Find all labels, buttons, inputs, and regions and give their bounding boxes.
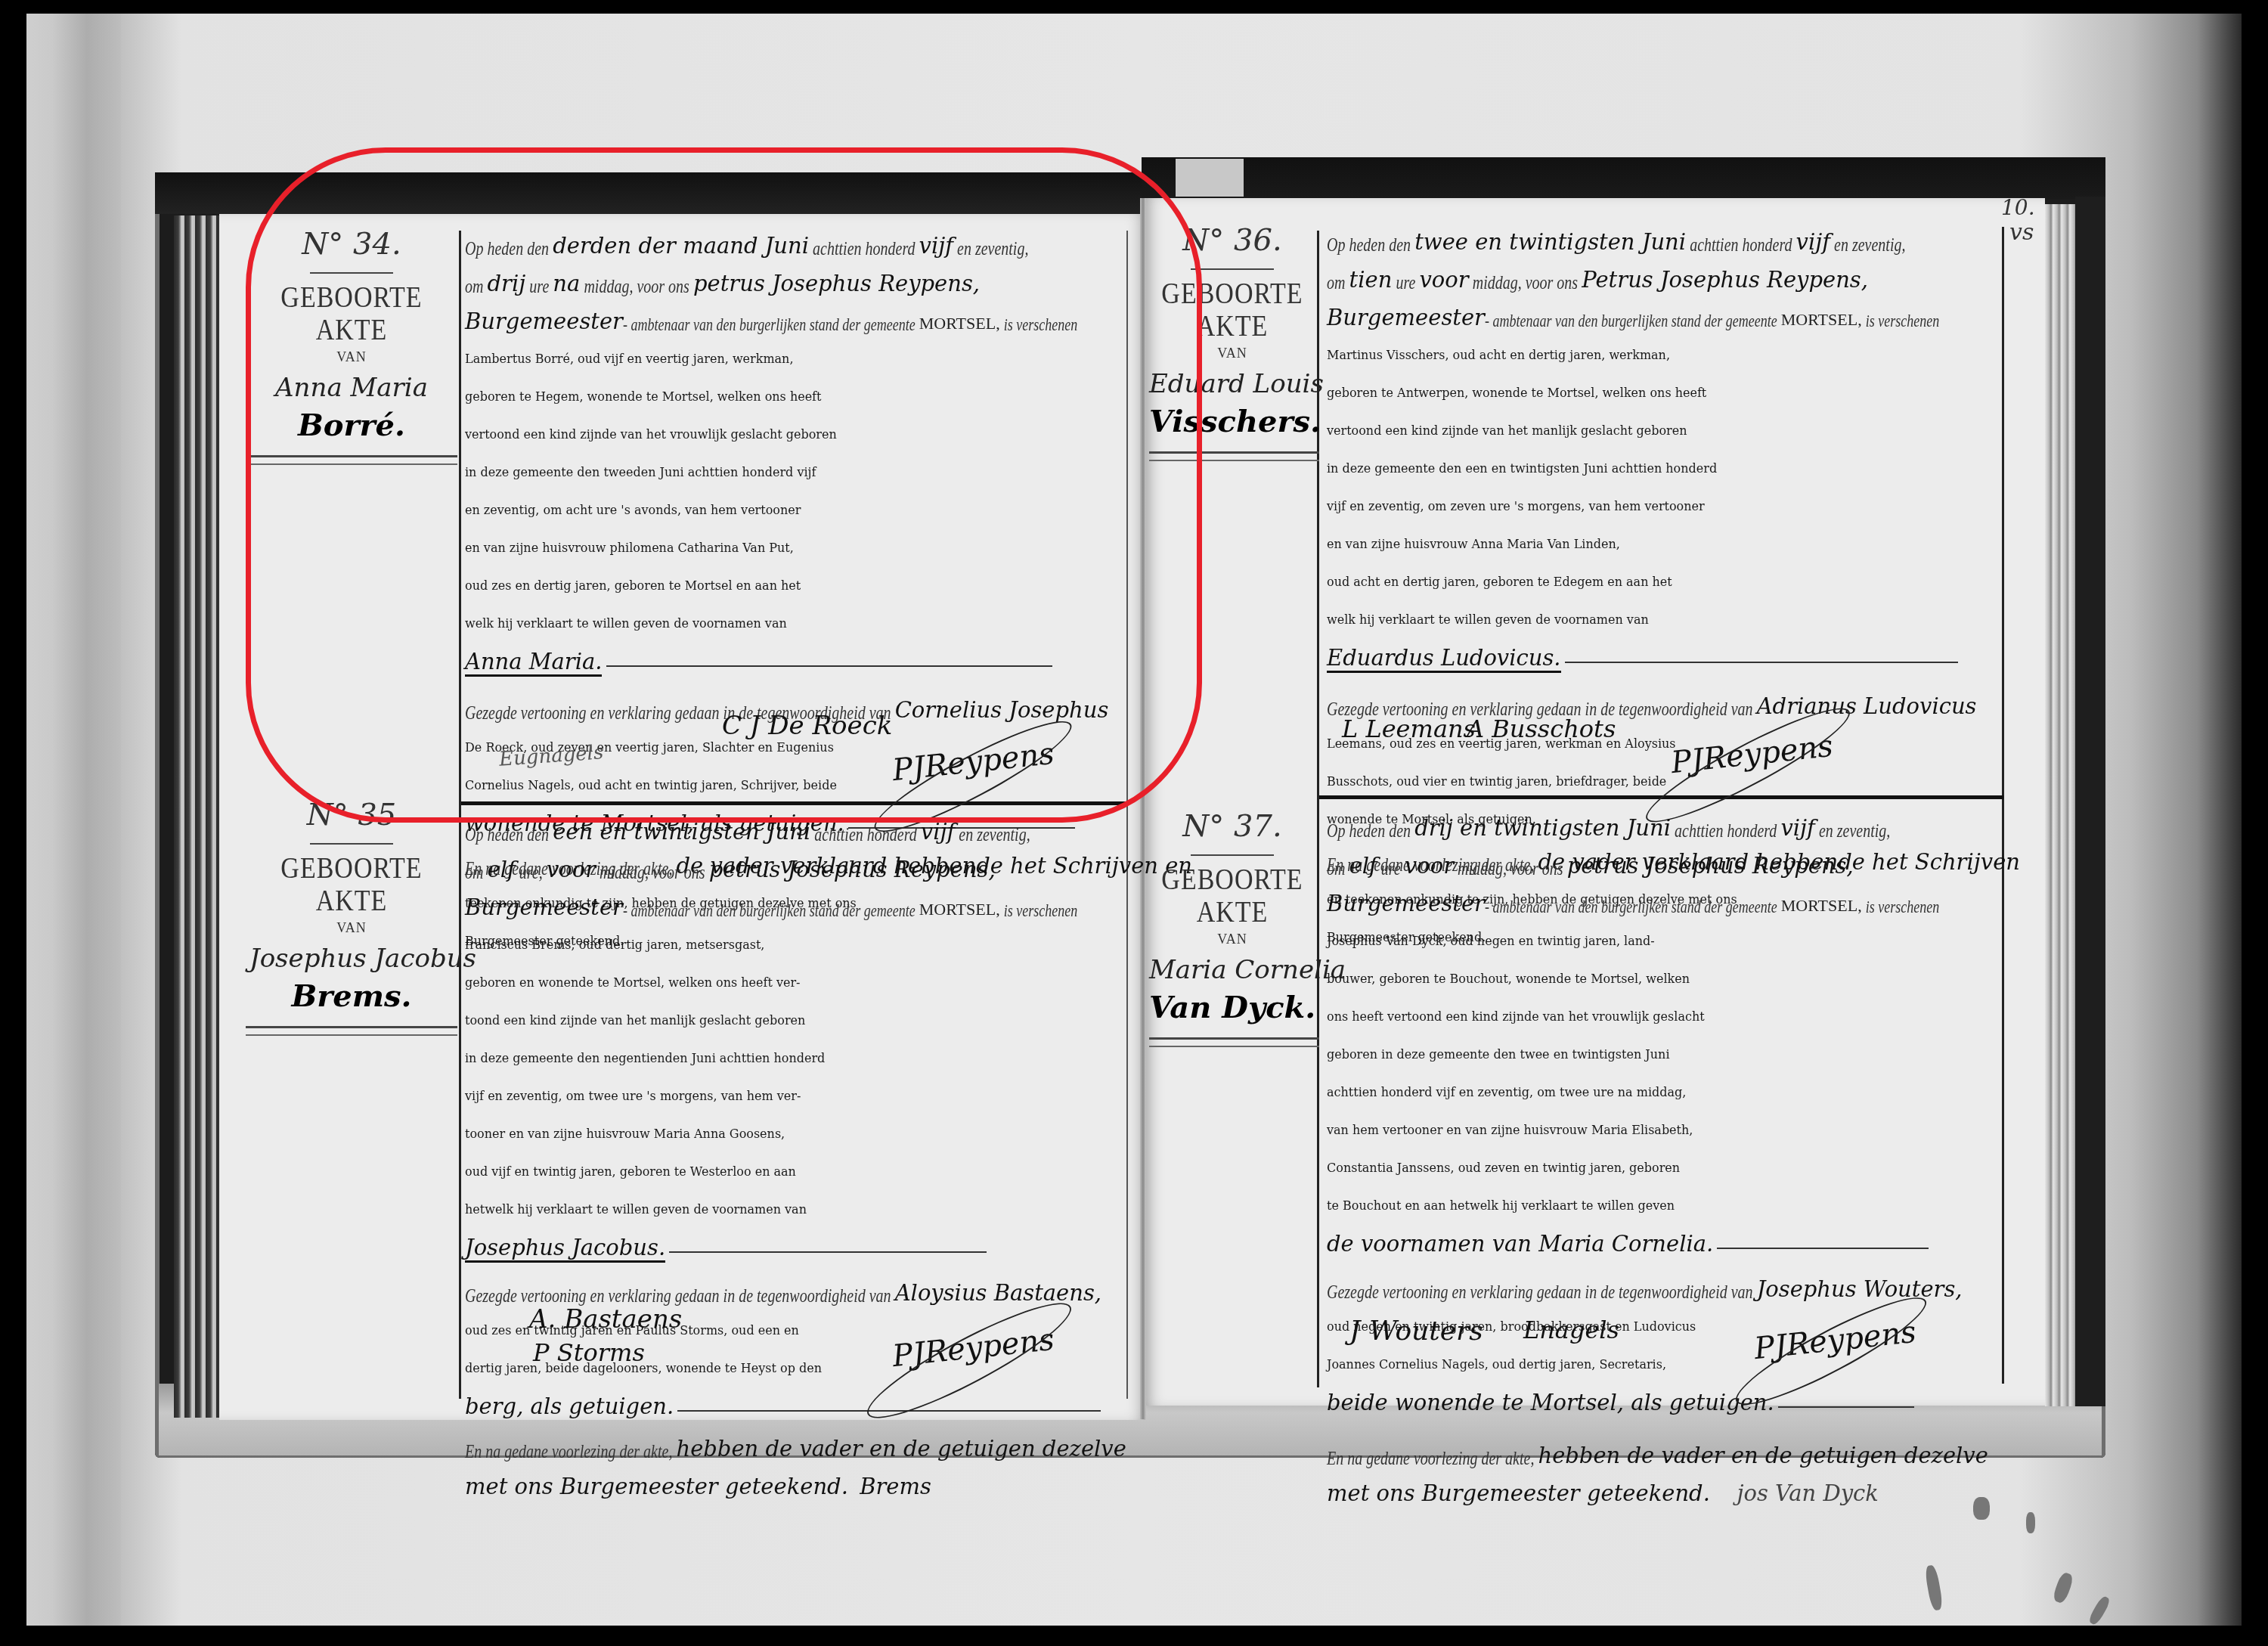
record-margin: N° 36. GEBOORTE AKTE VAN Eduard Louis Vi… [1149, 223, 1315, 461]
record-title: GEBOORTE AKTE [249, 852, 454, 918]
debris-speck [2026, 1512, 2035, 1533]
book-spine-tab [1176, 159, 1244, 197]
record-line: geboren te Antwerpen, wonende te Mortsel… [1327, 374, 2000, 412]
record-line: vijf en zeventig, om zeven ure 's morgen… [1327, 488, 2000, 525]
margin-rule [310, 272, 393, 274]
record-body: Op heden den een en twintigsten Juni ach… [465, 813, 1123, 1505]
margin-double-rule [246, 455, 457, 465]
record-line: tooner en van zijne huisvrouw Maria Anna… [465, 1115, 1123, 1153]
record-line: welk hij verklaart te willen geven de vo… [465, 605, 1123, 643]
record-line: Op heden den twee en twintigsten Juni ac… [1327, 223, 2000, 261]
closing-line: met ons Burgemeester geteekend. jos Van … [1327, 1474, 2000, 1512]
margin-double-rule [1149, 1037, 1319, 1047]
record-line: en van zijne huisvrouw philomena Cathari… [465, 529, 1123, 567]
record-line: oud vijf en twintig jaren, geboren te We… [465, 1153, 1123, 1191]
page-number: 10. [2001, 195, 2035, 220]
signature-father: Brems [860, 1474, 931, 1499]
margin-double-rule [1149, 451, 1319, 461]
book-gutter [1140, 198, 1146, 1419]
record-van-label: VAN [249, 349, 454, 365]
signature-witness-1: C J De Roeck [722, 711, 892, 741]
record-number: N° 34. [249, 227, 454, 262]
record-line: achttien honderd vijf en zeventig, om tw… [1327, 1074, 2000, 1111]
closing-line: En na gedane voorlezing der akte, hebben… [465, 1430, 1123, 1468]
child-given-names: Anna Maria [249, 373, 454, 403]
record-line: te Bouchout en aan hetwelk hij verklaart… [1327, 1187, 2000, 1225]
margin-rule [1191, 854, 1274, 856]
book-cover-right-edge [2075, 197, 2105, 1406]
page-corner-mark: vs [2009, 219, 2034, 246]
book-cover-top-left [155, 172, 1153, 214]
record-line: welk hij verklaart te willen geven de vo… [1327, 601, 2000, 639]
scanner-edge-shadow [53, 14, 121, 1626]
record-line-given-names: Eduardus Ludovicus. [1327, 639, 2000, 677]
record-line: Josephus Van Dyck, oud negen en twintig … [1327, 922, 2000, 960]
witness-line: beide wonende te Mortsel, als getuigen. [1327, 1384, 2000, 1421]
record-line: geboren in deze gemeente den twee en twi… [1327, 1036, 2000, 1074]
record-line: Op heden den een en twintigsten Juni ach… [465, 813, 1123, 851]
record-line: Burgemeester- ambtenaar van den burgerli… [1327, 885, 2000, 922]
margin-rule [1191, 268, 1274, 270]
signature-witness-1: L Leemans [1342, 715, 1476, 743]
child-surname: Van Dyck. [1149, 990, 1315, 1025]
page-stack-left-edge [174, 215, 219, 1418]
child-surname: Brems. [249, 978, 454, 1014]
record-margin: N° 34. GEBOORTE AKTE VAN Anna Maria Borr… [249, 227, 454, 465]
record-line: Op heden den derden der maand Juni achtt… [465, 227, 1123, 265]
margin-rule [310, 843, 393, 845]
record-line: vertoond een kind zijnde van het manlijk… [1327, 412, 2000, 450]
record-line: van hem vertooner en van zijne huisvrouw… [1327, 1111, 2000, 1149]
record-number: N° 36. [1149, 223, 1315, 258]
record-line: geboren en wonende te Mortsel, welken on… [465, 964, 1123, 1002]
record-line: en van zijne huisvrouw Anna Maria Van Li… [1327, 525, 2000, 563]
record-line: om elf ure, voor middag, voor ons petrus… [465, 851, 1123, 888]
record-line-given-names: Anna Maria. [465, 643, 1123, 680]
record-line: vijf en zeventig, om twee ure 's morgens… [465, 1077, 1123, 1115]
record-line: en zeventig, om acht ure 's avonds, van … [465, 491, 1123, 529]
record-line: oud acht en dertig jaren, geboren te Ede… [1327, 563, 2000, 601]
record-title: GEBOORTE AKTE [1149, 277, 1315, 343]
record-line: Burgemeester- ambtenaar van den burgerli… [465, 888, 1123, 926]
record-line: oud zes en dertig jaren, geboren te Mort… [465, 567, 1123, 605]
record-line: om tien ure voor middag, voor ons Petrus… [1327, 261, 2000, 299]
record-line: Burgemeester- ambtenaar van den burgerli… [1327, 299, 2000, 336]
signature-witness-2: P Storms [533, 1338, 645, 1367]
right-page-right-rule [2002, 227, 2004, 1384]
book-cover-top-right [1142, 157, 2105, 199]
record-line: toond een kind zijnde van het manlijk ge… [465, 1002, 1123, 1040]
record-line: Martinus Visschers, oud acht en dertig j… [1327, 336, 2000, 374]
record-line: om drij ure na middag, voor ons petrus J… [465, 265, 1123, 302]
page-stack-right-edge [2045, 204, 2075, 1406]
record-line-given-names: de voornamen van Maria Cornelia. [1327, 1225, 2000, 1263]
margin-double-rule [246, 1026, 457, 1036]
debris-speck [1973, 1497, 1990, 1520]
record-line: hetwelk hij verklaart te willen geven de… [465, 1191, 1123, 1229]
closing-line: met ons Burgemeester geteekend. Brems [465, 1468, 1123, 1505]
signature-witness-2: A Busschots [1467, 715, 1616, 743]
closing-line: En na gedane voorlezing der akte, hebben… [1327, 1437, 2000, 1474]
record-line: om elf ure voor middag, voor ons petrus … [1327, 847, 2000, 885]
record-line: vertoond een kind zijnde van het vrouwli… [465, 416, 1123, 454]
record-line: in deze gemeente den negentienden Juni a… [465, 1040, 1123, 1077]
record-line: franciscus Brems, oud dertig jaren, mets… [465, 926, 1123, 964]
witness-line: berg, als getuigen. [465, 1387, 1123, 1425]
signature-witness-1: J Wouters [1349, 1316, 1483, 1347]
left-page-column-rule [459, 231, 461, 1399]
record-title: GEBOORTE AKTE [249, 281, 454, 347]
record-line: geboren te Hegem, wonende te Mortsel, we… [465, 378, 1123, 416]
record-body: Op heden den drij en twintigsten Juni ac… [1327, 809, 2000, 1512]
signature-witness-2: Lnagels [1523, 1316, 1619, 1344]
record-line: ons heeft vertoond een kind zijnde van h… [1327, 998, 2000, 1036]
record-number: N° 37. [1149, 809, 1315, 844]
record-line: Lambertus Borré, oud vijf en veertig jar… [465, 340, 1123, 378]
record-van-label: VAN [1149, 346, 1315, 361]
child-given-names: Maria Cornelia [1149, 955, 1315, 985]
child-given-names: Josephus Jacobus [249, 944, 454, 974]
record-line: Burgemeester- ambtenaar van den burgerli… [465, 302, 1123, 340]
record-line-given-names: Josephus Jacobus. [465, 1229, 1123, 1266]
child-surname: Visschers. [1149, 404, 1315, 439]
child-given-names: Eduard Louis [1149, 369, 1315, 399]
record-line: in deze gemeente den tweeden Juni achtti… [465, 454, 1123, 491]
signature-witness-1: A. Bastaens [529, 1304, 682, 1334]
record-van-label: VAN [249, 920, 454, 936]
record-margin: N° 35 GEBOORTE AKTE VAN Josephus Jacobus… [249, 798, 454, 1036]
child-surname: Borré. [249, 408, 454, 443]
left-page-right-rule [1126, 231, 1128, 1399]
record-line: in deze gemeente den een en twintigsten … [1327, 450, 2000, 488]
record-line: bouwer, geboren te Bouchout, wonende te … [1327, 960, 2000, 998]
record-number: N° 35 [249, 798, 454, 832]
witness-line: Joannes Cornelius Nagels, oud dertig jar… [1327, 1346, 2000, 1384]
record-line: Constantia Janssens, oud zeven en twinti… [1327, 1149, 2000, 1187]
record-margin: N° 37. GEBOORTE AKTE VAN Maria Cornelia … [1149, 809, 1315, 1047]
record-line: Op heden den drij en twintigsten Juni ac… [1327, 809, 2000, 847]
record-title: GEBOORTE AKTE [1149, 863, 1315, 929]
record-van-label: VAN [1149, 931, 1315, 947]
signature-father: jos Van Dyck [1737, 1480, 1878, 1506]
